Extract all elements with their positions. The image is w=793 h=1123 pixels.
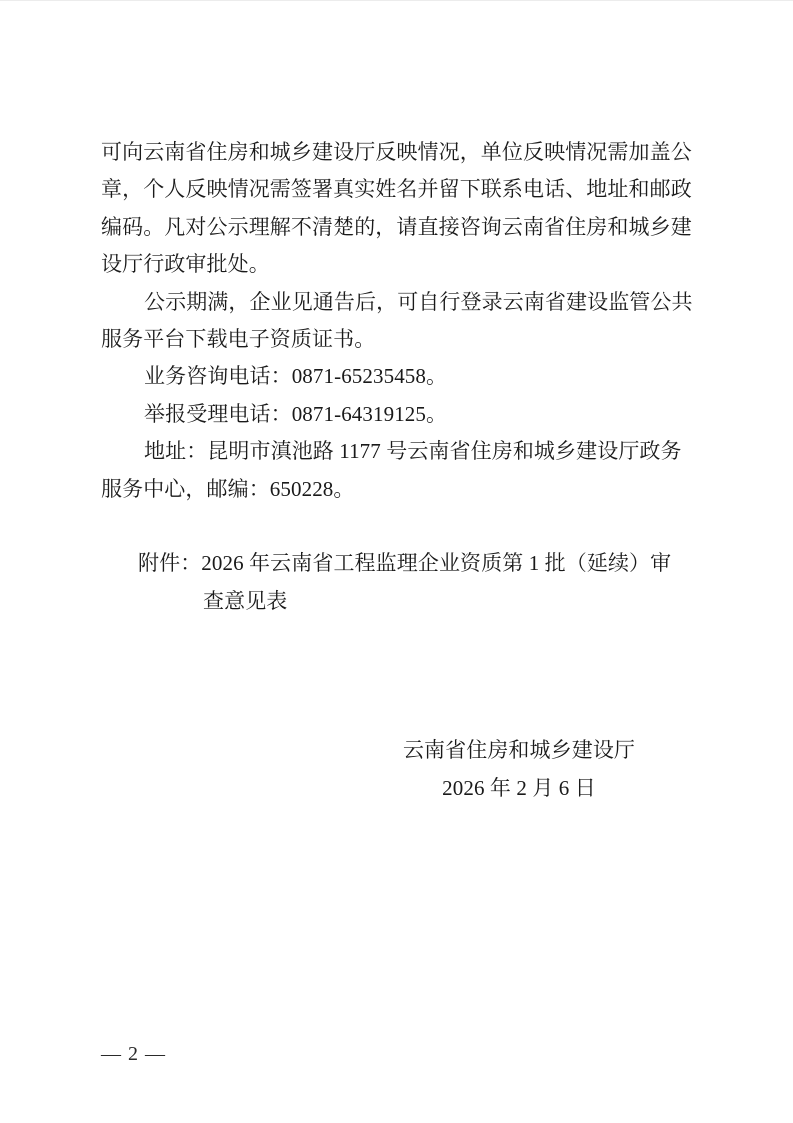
attachment-line2: 查意见表 bbox=[101, 583, 692, 620]
paragraph-complaint: 可向云南省住房和城乡建设厅反映情况，单位反映情况需加盖公 章，个人反映情况需签署… bbox=[101, 134, 692, 284]
attachment-line1: 附件：2026 年云南省工程监理企业资质第 1 批（延续）审 bbox=[101, 545, 692, 582]
business-phone-line: 业务咨询电话：0871-65235458。 bbox=[101, 358, 692, 395]
paragraph1-line3: 编码。凡对公示理解不清楚的，请直接咨询云南省住房和城乡建 bbox=[101, 209, 692, 246]
paragraph-certificate-download: 公示期满，企业见通告后，可自行登录云南省建设监管公共 服务平台下载电子资质证书。 bbox=[101, 284, 692, 359]
document-body: 可向云南省住房和城乡建设厅反映情况，单位反映情况需加盖公 章，个人反映情况需签署… bbox=[101, 134, 692, 807]
page-number: — 2 — bbox=[101, 1042, 166, 1066]
document-page: 可向云南省住房和城乡建设厅反映情况，单位反映情况需加盖公 章，个人反映情况需签署… bbox=[0, 0, 793, 1123]
signature-block: 云南省住房和城乡建设厅 2026 年 2 月 6 日 bbox=[400, 732, 638, 807]
paragraph1-line2: 章，个人反映情况需签署真实姓名并留下联系电话、地址和邮政 bbox=[101, 171, 692, 208]
address-line2: 服务中心，邮编：650228。 bbox=[101, 471, 692, 508]
issuer-name: 云南省住房和城乡建设厅 bbox=[400, 732, 638, 769]
attachment-note: 附件：2026 年云南省工程监理企业资质第 1 批（延续）审 查意见表 bbox=[101, 545, 692, 620]
issue-date: 2026 年 2 月 6 日 bbox=[400, 770, 638, 807]
paragraph1-line1: 可向云南省住房和城乡建设厅反映情况，单位反映情况需加盖公 bbox=[101, 134, 692, 171]
paragraph2-line2: 服务平台下载电子资质证书。 bbox=[101, 321, 692, 358]
paragraph1-line4: 设厅行政审批处。 bbox=[101, 246, 692, 283]
paragraph2-line1: 公示期满，企业见通告后，可自行登录云南省建设监管公共 bbox=[101, 284, 692, 321]
contact-info: 业务咨询电话：0871-65235458。 举报受理电话：0871-643191… bbox=[101, 358, 692, 508]
report-phone-line: 举报受理电话：0871-64319125。 bbox=[101, 396, 692, 433]
address-line1: 地址：昆明市滇池路 1177 号云南省住房和城乡建设厅政务 bbox=[101, 433, 692, 470]
